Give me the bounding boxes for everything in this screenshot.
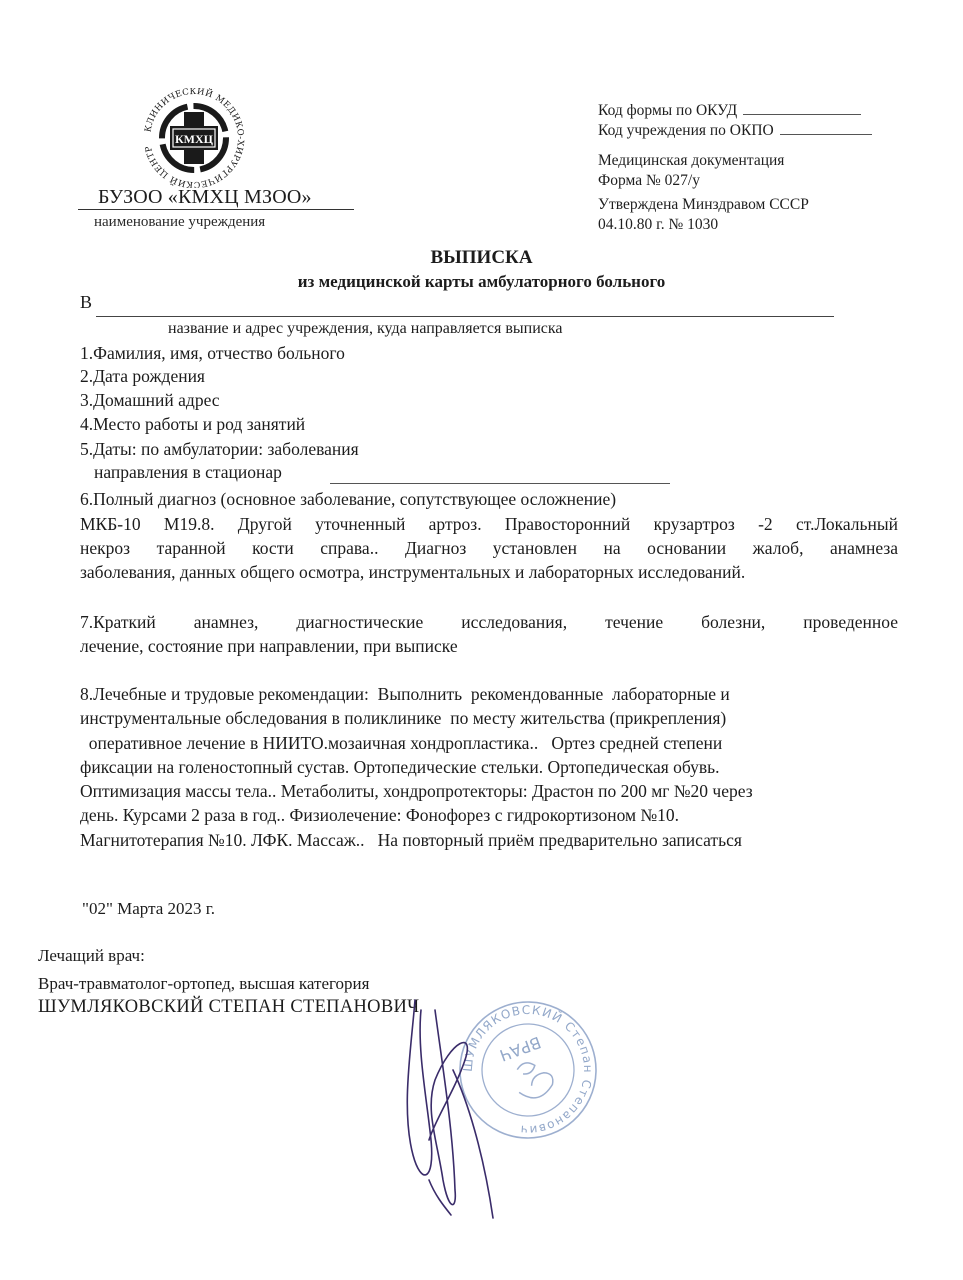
document-subtitle: из медицинской карты амбулаторного больн… <box>0 272 963 292</box>
history-line: 7.Краткий анамнез, диагностические иссле… <box>80 610 898 634</box>
medical-documentation-label: Медицинская документация <box>598 152 784 170</box>
svg-text:КМХЦ: КМХЦ <box>175 132 214 146</box>
institution-logo: КЛИНИЧЕСКИЙ МЕДИКО-ХИРУРГИЧЕСКИЙ ЦЕНТР К… <box>140 88 248 188</box>
cross-logo-icon: КЛИНИЧЕСКИЙ МЕДИКО-ХИРУРГИЧЕСКИЙ ЦЕНТР К… <box>140 88 248 188</box>
diagnosis-line: заболевания, данных общего осмотра, инст… <box>80 560 898 584</box>
recommendation-line: фиксации на голеностопный сустав. Ортопе… <box>80 755 898 779</box>
okud-code-field: Код формы по ОКУД <box>598 102 861 120</box>
field-dates: 5.Даты: по амбулатории: заболевания <box>80 439 359 460</box>
okpo-label: Код учреждения по ОКПО <box>598 122 774 139</box>
okud-blank <box>743 114 861 115</box>
diagnosis-line: МКБ-10 M19.8. Другой уточненный артроз. … <box>80 512 898 536</box>
recommendation-line: Магнитотерапия №10. ЛФК. Массаж.. На пов… <box>80 828 898 852</box>
recommendation-line: оперативное лечение в НИИТО.мозаичная хо… <box>80 731 898 755</box>
doctor-signature <box>395 990 535 1220</box>
field-birth-date: 2.Дата рождения <box>80 366 205 387</box>
recommendation-line: инструментальные обследования в поликлин… <box>80 706 898 730</box>
field-patient-name: 1.Фамилия, имя, отчество больного <box>80 343 345 364</box>
organization-underline <box>78 209 354 210</box>
approval-date: 04.10.80 г. № 1030 <box>598 216 718 234</box>
field-workplace: 4.Место работы и род занятий <box>80 414 305 435</box>
recommendation-line: Оптимизация массы тела.. Метаболиты, хон… <box>80 779 898 803</box>
okpo-code-field: Код учреждения по ОКПО <box>598 122 872 140</box>
okud-label: Код формы по ОКУД <box>598 102 737 119</box>
field-full-diagnosis: 6.Полный диагноз (основное заболевание, … <box>80 489 616 510</box>
field-hospital-referral: направления в стационар <box>94 462 282 483</box>
recommendations-section: 8.Лечебные и трудовые рекомендации: Выпо… <box>80 682 898 852</box>
destination-blank-line <box>96 316 834 317</box>
approval-note: Утверждена Минздравом СССР <box>598 196 809 214</box>
document-title: ВЫПИСКА <box>0 247 963 269</box>
issue-date: "02" Марта 2023 г. <box>82 899 215 919</box>
destination-caption: название и адрес учреждения, куда направ… <box>168 320 563 338</box>
diagnosis-text: МКБ-10 M19.8. Другой уточненный артроз. … <box>80 512 898 584</box>
history-section: 7.Краткий анамнез, диагностические иссле… <box>80 610 898 658</box>
destination-prefix: В <box>80 292 92 313</box>
hospital-referral-blank-line <box>330 483 670 484</box>
history-line: лечение, состояние при направлении, при … <box>80 634 898 658</box>
doctor-position: Врач-травматолог-ортопед, высшая категор… <box>38 974 369 994</box>
doctor-name: ШУМЛЯКОВСКИЙ СТЕПАН СТЕПАНОВИЧ <box>38 997 419 1018</box>
handwritten-signature-icon <box>395 990 535 1220</box>
recommendation-line: день. Курсами 2 раза в год.. Физиолечени… <box>80 803 898 827</box>
organization-caption: наименование учреждения <box>94 214 265 231</box>
attending-doctor-label: Лечащий врач: <box>38 946 145 966</box>
field-home-address: 3.Домашний адрес <box>80 390 220 411</box>
recommendation-line: 8.Лечебные и трудовые рекомендации: Выпо… <box>80 682 898 706</box>
form-number: Форма № 027/у <box>598 172 700 190</box>
organization-name: БУЗОО «КМХЦ МЗОО» <box>98 186 312 209</box>
diagnosis-line: некроз таранной кости справа.. Диагноз у… <box>80 536 898 560</box>
okpo-blank <box>780 134 872 135</box>
